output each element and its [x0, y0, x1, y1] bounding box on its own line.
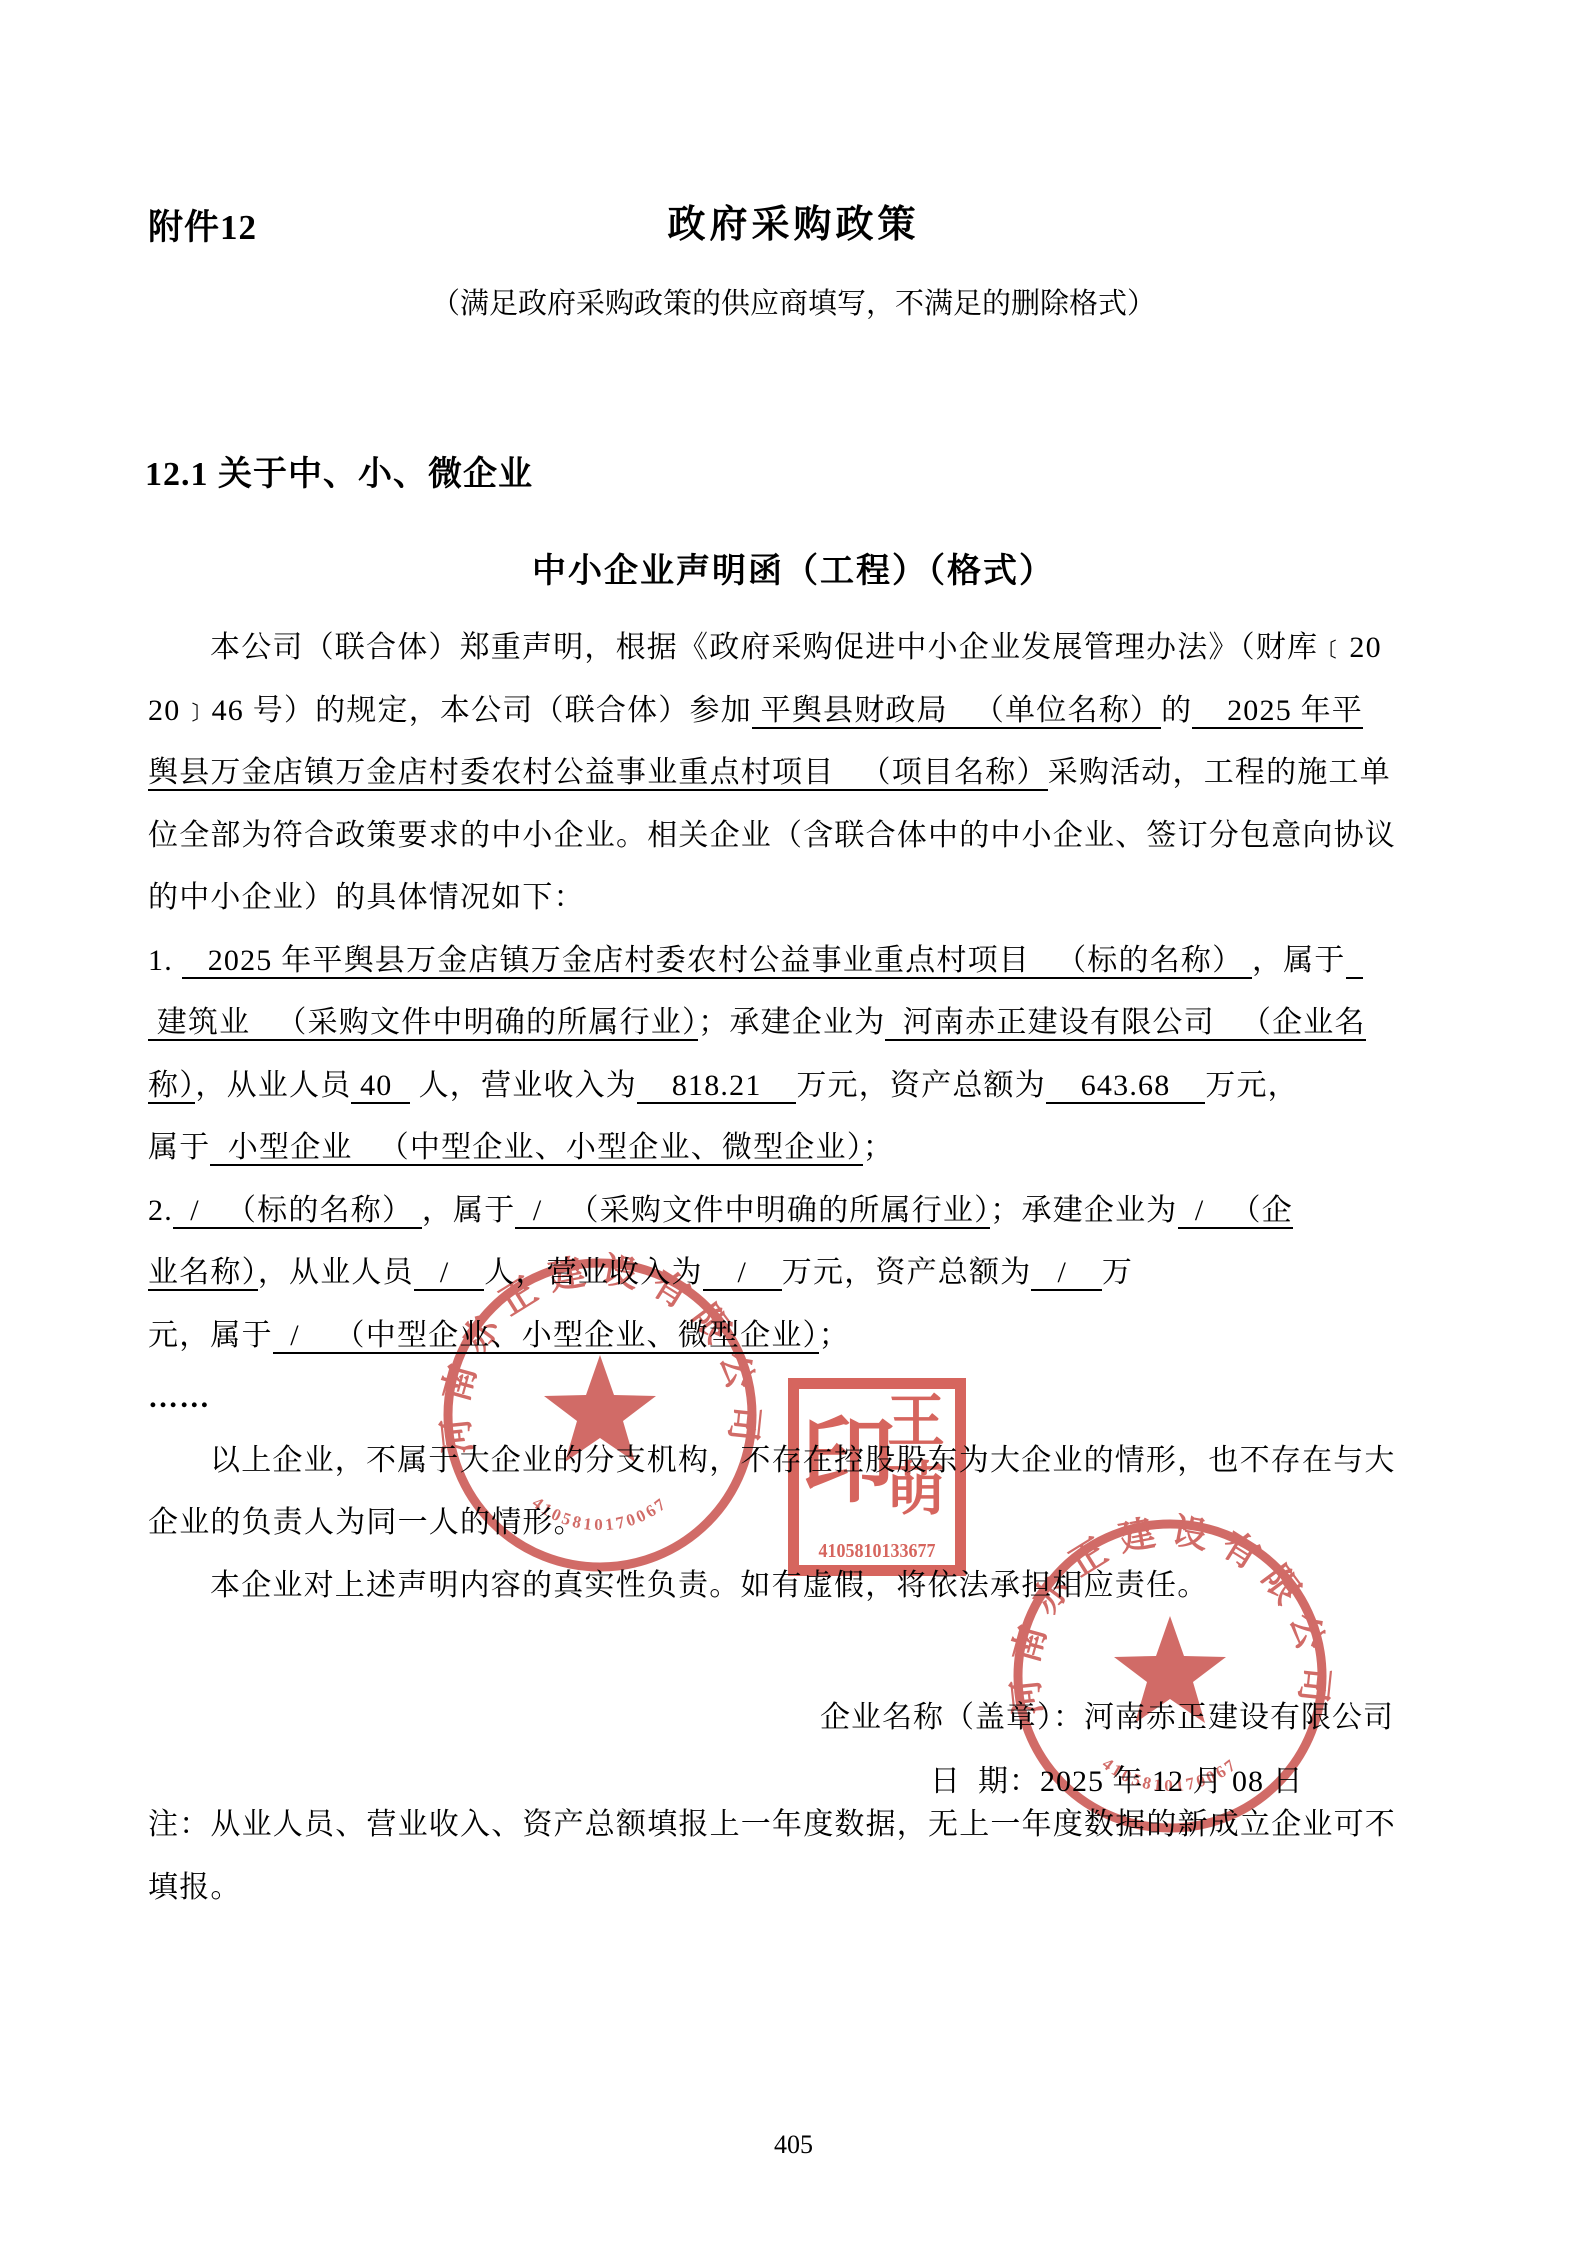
- body-line: 1. 2025 年平舆县万金店镇万金店村委农村公益事业重点村项目 （标的名称） …: [148, 930, 1453, 993]
- document-page: 附件12 政府采购政策 （满足政府采购政策的供应商填写，不满足的删除格式） 12…: [0, 0, 1587, 2245]
- body-text: 元，属于: [148, 1319, 273, 1352]
- body-text: 人，营业收入为: [484, 1256, 702, 1289]
- declaration-body: 本公司（联合体）郑重声明，根据《政府采购促进中小企业发展管理办法》（财库﹝202…: [148, 617, 1453, 1617]
- body-text: 20﹞46 号）的规定，本公司（联合体）参加: [148, 694, 752, 727]
- body-line: 位全部为符合政策要求的中小企业。相关企业（含联合体中的中小企业、签订分包意向协议: [148, 805, 1453, 868]
- body-line: 企业的负责人为同一人的情形。: [148, 1492, 1453, 1555]
- body-line: 业名称），从业人员 / 人，营业收入为 / 万元，资产总额为 / 万: [148, 1242, 1453, 1305]
- filled-blank: / （采购文件中明确的所属行业）: [515, 1194, 990, 1229]
- body-text: 万: [1102, 1256, 1133, 1289]
- body-text: 1.: [148, 944, 182, 977]
- body-text: ……: [148, 1381, 210, 1414]
- declaration-title: 中小企业声明函（工程）（格式）: [532, 543, 1055, 592]
- note-line: 注：从业人员、营业收入、资产总额填报上一年度数据，无上一年度数据的新成立企业可不: [148, 1794, 1453, 1857]
- body-text: 属于: [148, 1131, 210, 1164]
- filled-blank: [1346, 944, 1363, 979]
- section-heading: 12.1 关于中、小、微企业: [145, 446, 533, 495]
- body-text: 采购活动，工程的施工单: [1048, 756, 1391, 789]
- body-line: 称），从业人员 40 人，营业收入为 818.21 万元，资产总额为 643.6…: [148, 1055, 1453, 1118]
- subtitle: （满足政府采购政策的供应商填写，不满足的删除格式）: [431, 281, 1156, 322]
- body-text: 万元，资产总额为: [782, 1256, 1032, 1289]
- filled-blank: 40: [351, 1069, 410, 1104]
- attachment-label: 附件12: [148, 200, 257, 250]
- body-text: 的: [1161, 694, 1192, 727]
- body-text: 本企业对上述声明内容的真实性负责。如有虚假，将依法承担相应责任。: [210, 1569, 1208, 1602]
- filled-blank: / （标的名称）: [173, 1194, 422, 1229]
- filled-blank: / （中型企业、小型企业、微型企业）: [273, 1319, 819, 1354]
- filled-blank: 2025 年平: [1192, 694, 1363, 729]
- filled-blank: 小型企业 （中型企业、小型企业、微型企业）: [210, 1131, 863, 1166]
- filled-blank: 建筑业 （采购文件中明确的所属行业）: [148, 1006, 698, 1041]
- filled-blank: 河南赤正建设有限公司 （企业名: [885, 1006, 1365, 1041]
- body-line: 建筑业 （采购文件中明确的所属行业）；承建企业为 河南赤正建设有限公司 （企业名: [148, 992, 1453, 1055]
- body-text: 2.: [148, 1194, 173, 1227]
- body-text: ，属于: [1252, 944, 1346, 977]
- page-number: 405: [774, 2130, 813, 2160]
- body-line: 舆县万金店镇万金店村委农村公益事业重点村项目 （项目名称）采购活动，工程的施工单: [148, 742, 1453, 805]
- body-line: 2. / （标的名称） ，属于 / （采购文件中明确的所属行业）；承建企业为 /…: [148, 1180, 1453, 1243]
- filled-blank: 平舆县财政局 （单位名称）: [752, 694, 1161, 729]
- body-line: 的中小企业）的具体情况如下：: [148, 867, 1453, 930]
- signature-company-line: 企业名称（盖章）：河南赤正建设有限公司: [820, 1692, 1394, 1736]
- filled-blank: /: [1031, 1256, 1101, 1291]
- filled-blank: 818.21: [637, 1069, 796, 1104]
- body-text: ，从业人员: [195, 1069, 351, 1102]
- filled-blank: 舆县万金店镇万金店村委农村公益事业重点村项目 （项目名称）: [148, 756, 1048, 791]
- body-text: 位全部为符合政策要求的中小企业。相关企业（含联合体中的中小企业、签订分包意向协议: [148, 819, 1396, 852]
- filled-blank: 业名称）: [148, 1256, 258, 1291]
- body-text: 万元，: [1205, 1069, 1299, 1102]
- body-line: 属于 小型企业 （中型企业、小型企业、微型企业）；: [148, 1117, 1453, 1180]
- body-text: ；承建企业为: [990, 1194, 1177, 1227]
- body-line: 元，属于 / （中型企业、小型企业、微型企业）；: [148, 1305, 1453, 1368]
- note-line: 填报。: [148, 1857, 1453, 1920]
- body-text: 企业的负责人为同一人的情形。: [148, 1506, 585, 1539]
- filled-blank: 643.68: [1046, 1069, 1205, 1104]
- body-text: 万元，资产总额为: [796, 1069, 1046, 1102]
- body-text: ；承建企业为: [698, 1006, 885, 1039]
- body-text: ，属于: [422, 1194, 516, 1227]
- filled-blank: 2025 年平舆县万金店镇万金店村委农村公益事业重点村项目 （标的名称）: [182, 944, 1252, 979]
- body-text: ，从业人员: [258, 1256, 414, 1289]
- filled-blank: /: [703, 1256, 782, 1291]
- body-text: 的中小企业）的具体情况如下：: [148, 881, 585, 914]
- page-title: 政府采购政策: [667, 193, 919, 248]
- body-line: 以上企业，不属于大企业的分支机构，不存在控股股东为大企业的情形，也不存在与大: [148, 1430, 1453, 1493]
- filled-blank: / （企: [1178, 1194, 1293, 1229]
- body-text: 人，营业收入为: [410, 1069, 637, 1102]
- filled-blank: /: [414, 1256, 484, 1291]
- body-line: 本公司（联合体）郑重声明，根据《政府采购促进中小企业发展管理办法》（财库﹝20: [148, 617, 1453, 680]
- body-text: 以上企业，不属于大企业的分支机构，不存在控股股东为大企业的情形，也不存在与大: [210, 1444, 1396, 1477]
- body-text: ；: [863, 1131, 894, 1164]
- body-text: ；: [819, 1319, 850, 1352]
- filled-blank: 称）: [148, 1069, 195, 1104]
- body-text: 本公司（联合体）郑重声明，根据《政府采购促进中小企业发展管理办法》（财库﹝20: [210, 631, 1382, 664]
- body-line: 本企业对上述声明内容的真实性负责。如有虚假，将依法承担相应责任。: [148, 1555, 1453, 1618]
- body-line: ……: [148, 1367, 1453, 1430]
- body-line: 20﹞46 号）的规定，本公司（联合体）参加 平舆县财政局 （单位名称）的 20…: [148, 680, 1453, 743]
- footnote: 注：从业人员、营业收入、资产总额填报上一年度数据，无上一年度数据的新成立企业可不…: [148, 1794, 1453, 1919]
